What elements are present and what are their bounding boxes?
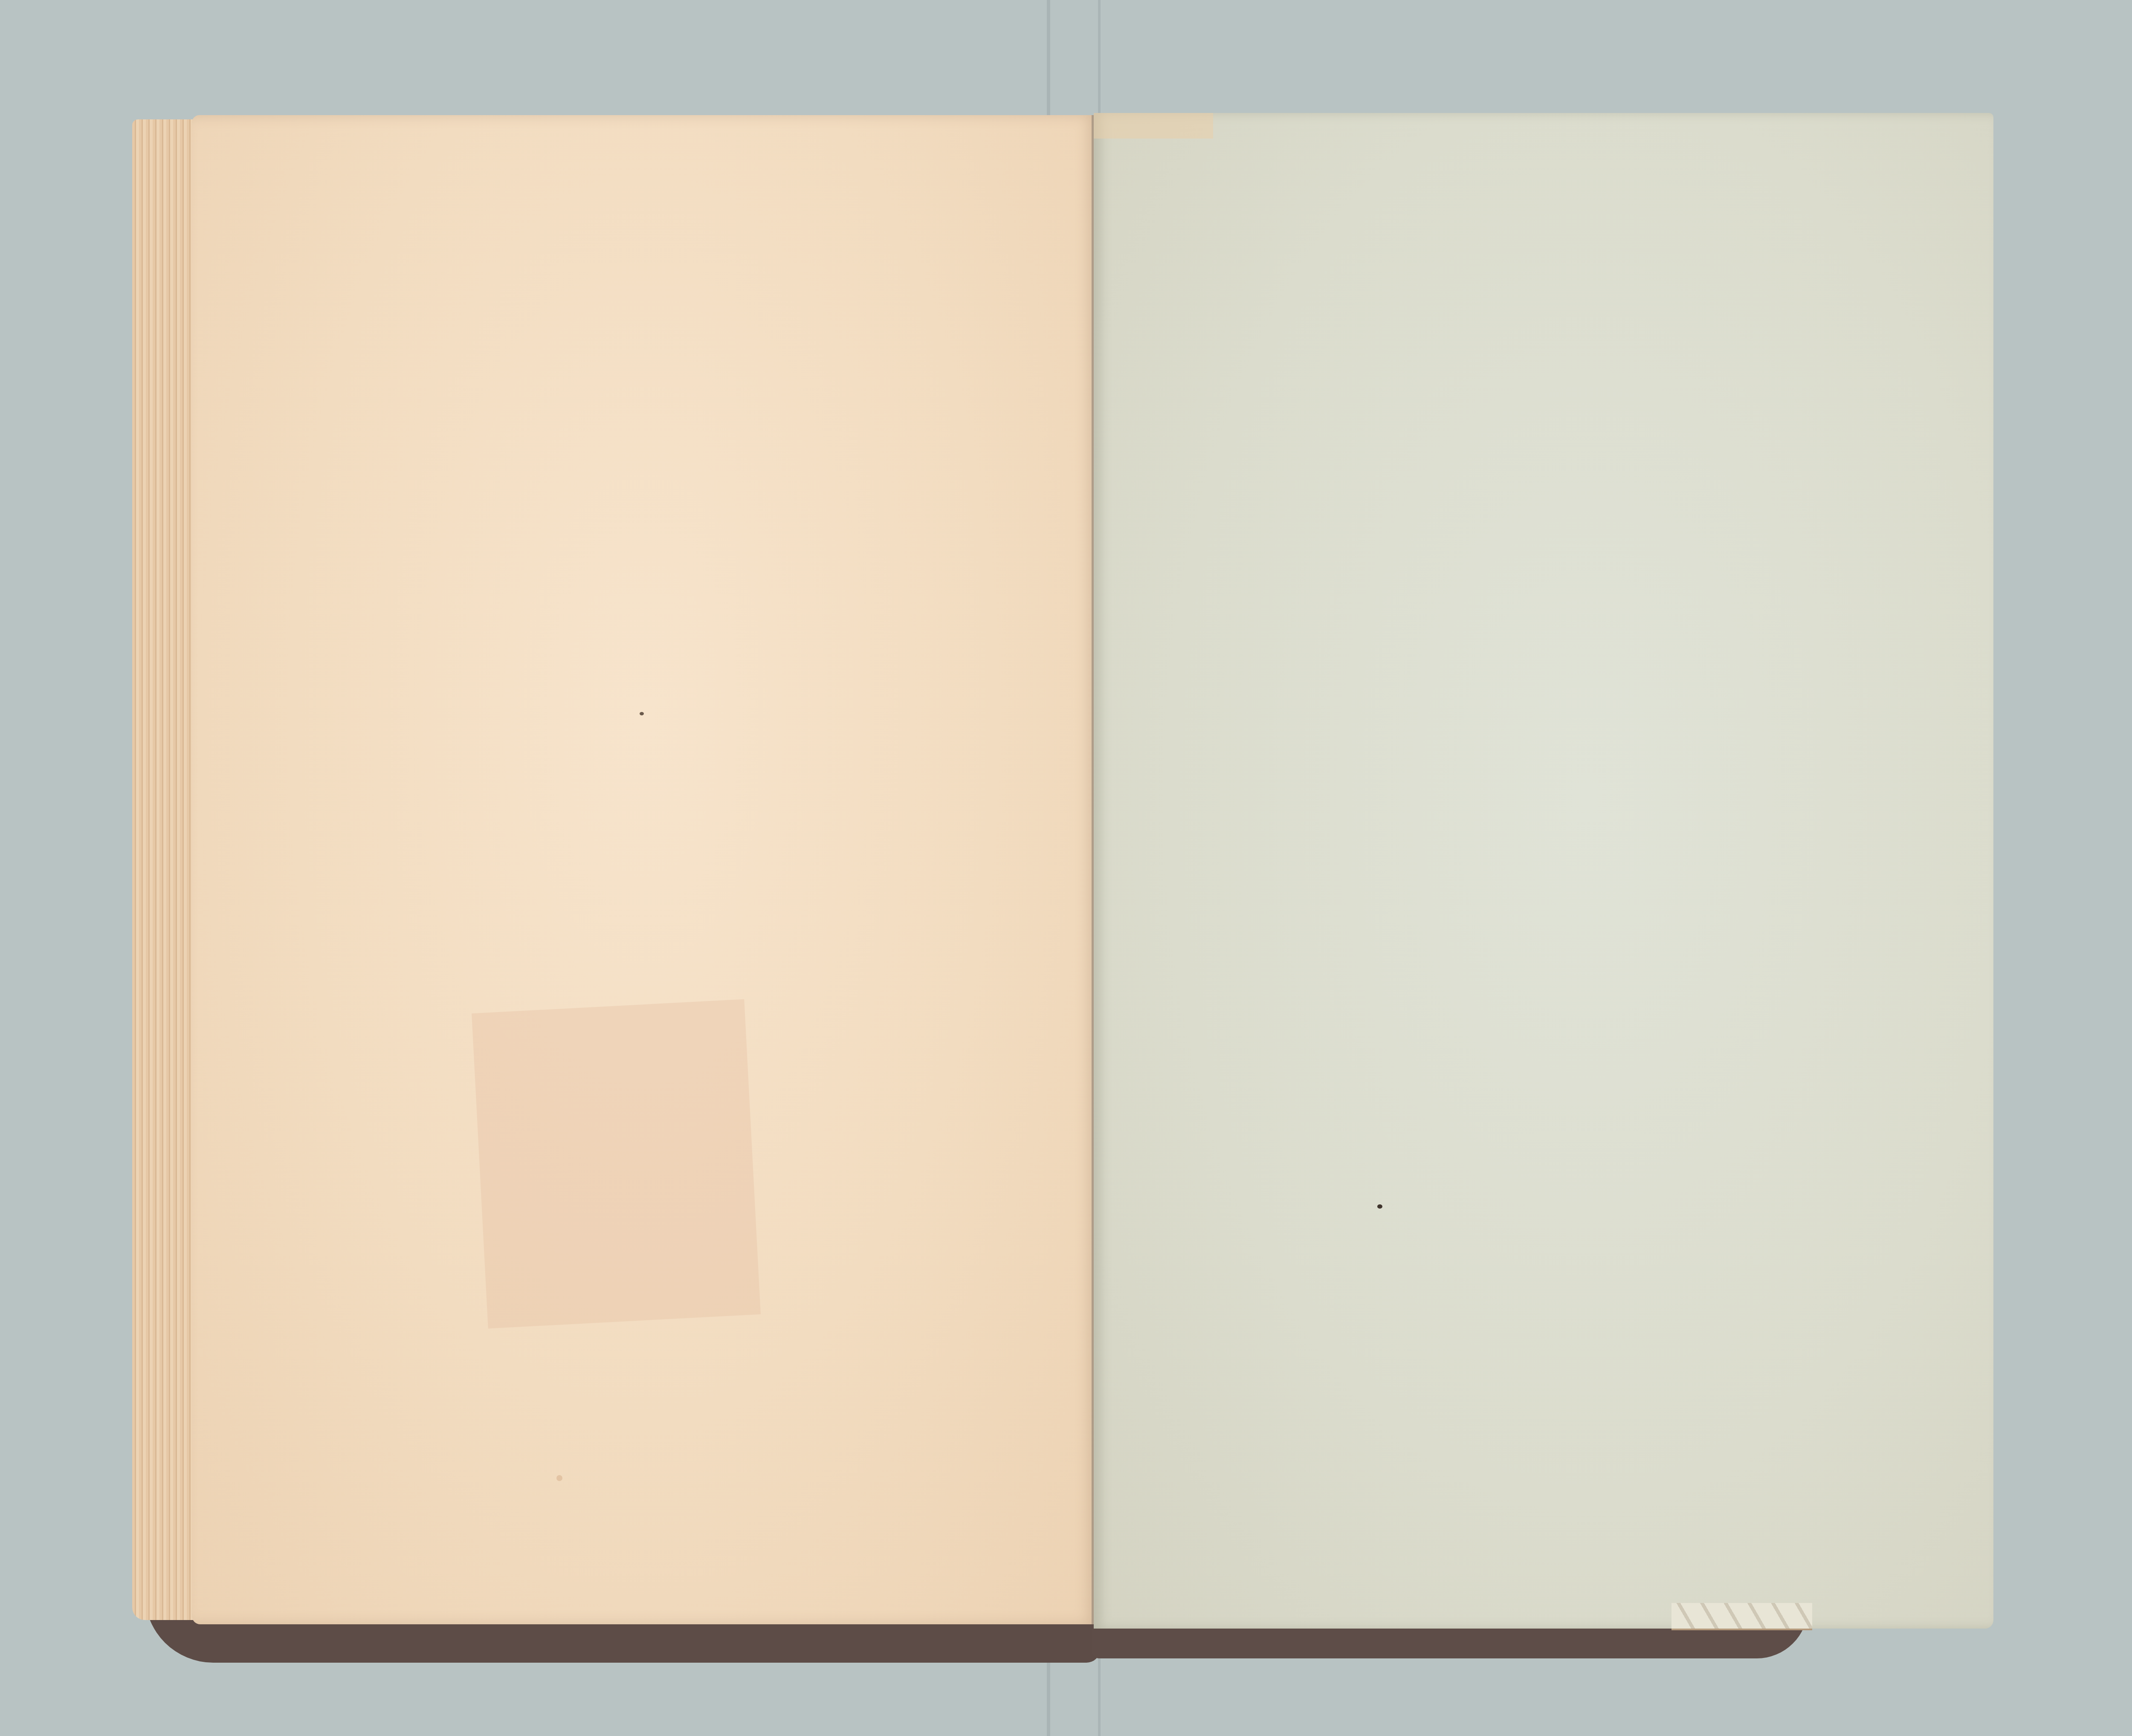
paper-speck (1377, 1204, 1382, 1209)
page-discoloration (1094, 113, 1213, 139)
page-edge-stack (132, 119, 196, 1620)
offset-stain (472, 999, 761, 1328)
right-page (1094, 113, 1993, 1629)
paper-speck (556, 1475, 562, 1481)
paper-speck (640, 712, 644, 715)
torn-page-edge (1671, 1603, 1812, 1630)
left-page (192, 115, 1096, 1624)
